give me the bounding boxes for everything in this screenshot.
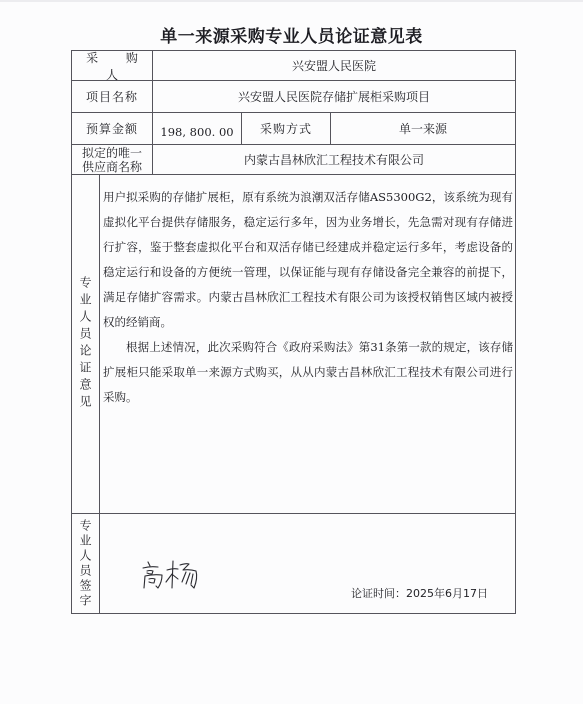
- opinion-paragraph-2: 根据上述情况，此次采购符合《政府采购法》第31条第一款的规定，该存储扩展柜只能采…: [103, 335, 513, 410]
- opinion-paragraph-1: 用户拟采购的存储扩展柜，原有系统为浪潮双活存储AS5300G2，该系统为现有虚拟…: [103, 185, 513, 335]
- opinion-cell: 用户拟采购的存储扩展柜，原有系统为浪潮双活存储AS5300G2，该系统为现有虚拟…: [100, 175, 515, 513]
- procurement-method-label: 采购方式: [242, 113, 330, 144]
- purchaser-label: 采 购 人: [72, 51, 152, 80]
- page-title: 单一来源采购专业人员论证意见表: [0, 22, 583, 47]
- budget-label: 预算金额: [72, 113, 152, 144]
- supplier-label: 拟定的唯一 供应商名称: [72, 145, 152, 174]
- signature-label: 专业人员签字: [72, 514, 99, 614]
- budget-value: 198, 800. 00: [153, 116, 241, 147]
- opinion-text: 用户拟采购的存储扩展柜，原有系统为浪潮双活存储AS5300G2，该系统为现有虚拟…: [103, 185, 513, 410]
- procurement-method-value: 单一来源: [331, 113, 515, 144]
- supplier-label-line1: 拟定的唯一: [82, 146, 142, 160]
- project-name-value: 兴安盟人民医院存储扩展柜采购项目: [153, 81, 515, 112]
- purchaser-value: 兴安盟人民医院: [153, 51, 515, 80]
- scan-edge: [0, 0, 583, 2]
- signature-cell: 论证时间：2025年6月17日: [100, 514, 515, 614]
- argument-form-table: 采 购 人 兴安盟人民医院 项目名称 兴安盟人民医院存储扩展柜采购项目 预算金额…: [71, 50, 516, 614]
- opinion-label: 专业人员论证意见: [72, 175, 99, 513]
- supplier-label-line2: 供应商名称: [82, 160, 142, 174]
- supplier-value: 内蒙古昌林欣汇工程技术有限公司: [153, 145, 515, 174]
- argument-date: 论证时间：2025年6月17日: [351, 585, 488, 601]
- project-name-label: 项目名称: [72, 81, 152, 112]
- handwritten-signature-icon: [140, 558, 202, 592]
